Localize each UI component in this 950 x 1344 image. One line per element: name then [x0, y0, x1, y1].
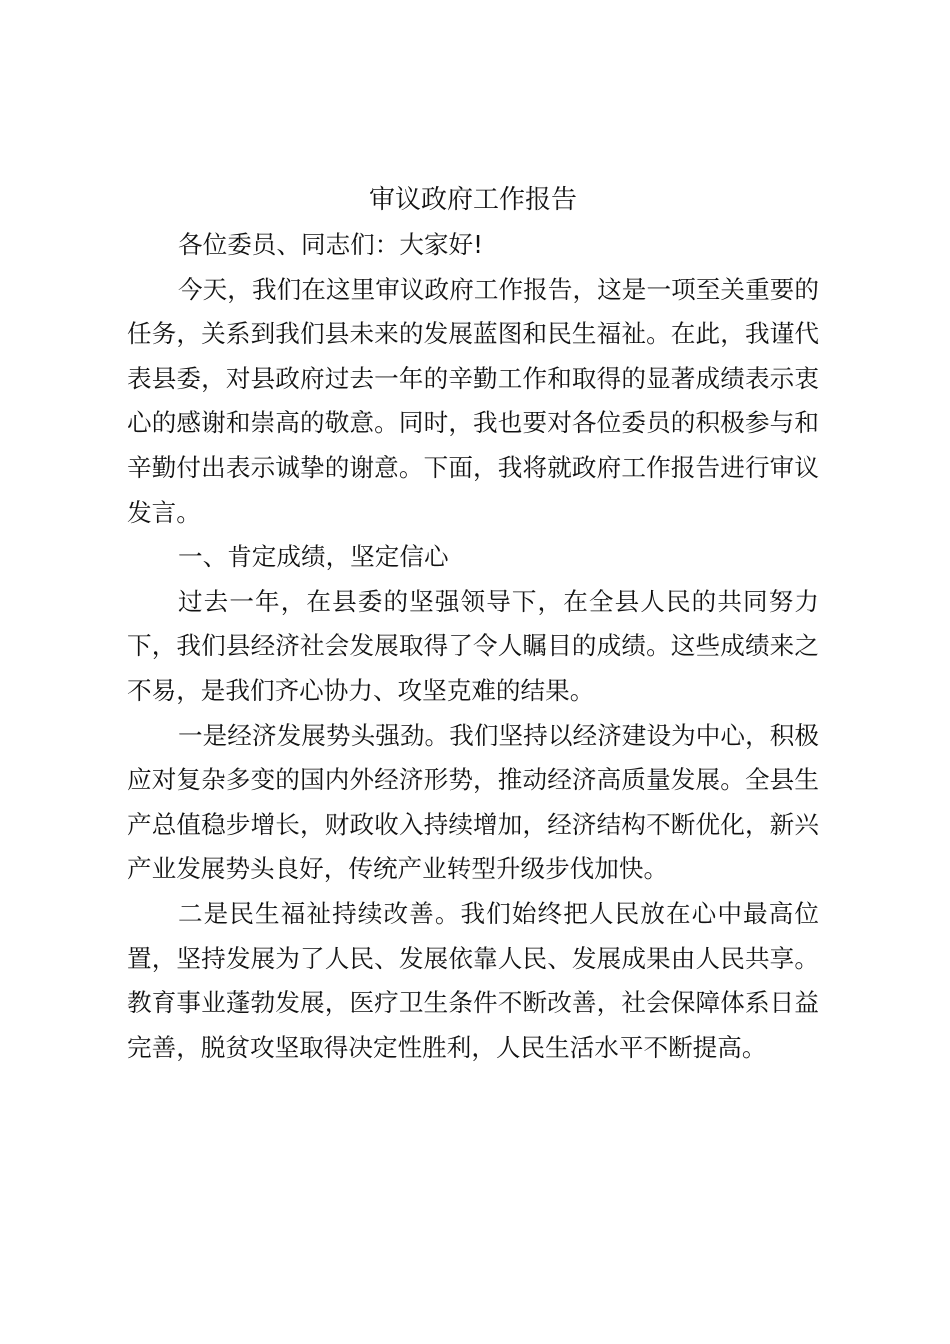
document-title: 审议政府工作报告 — [127, 178, 819, 222]
section-heading: 一、肯定成绩，坚定信心 — [127, 535, 819, 580]
intro-paragraph: 今天，我们在这里审议政府工作报告，这是一项至关重要的任务，关系到我们县未来的发展… — [127, 268, 819, 536]
greeting-paragraph: 各位委员、同志们：大家好! — [127, 223, 819, 268]
document-page: 审议政府工作报告 各位委员、同志们：大家好! 今天，我们在这里审议政府工作报告，… — [127, 178, 819, 1070]
economy-paragraph: 一是经济发展势头强劲。我们坚持以经济建设为中心，积极应对复杂多变的国内外经济形势… — [127, 714, 819, 892]
livelihood-paragraph: 二是民生福祉持续改善。我们始终把人民放在心中最高位置，坚持发展为了人民、发展依靠… — [127, 892, 819, 1070]
achievements-paragraph: 过去一年，在县委的坚强领导下，在全县人民的共同努力下，我们县经济社会发展取得了令… — [127, 580, 819, 714]
